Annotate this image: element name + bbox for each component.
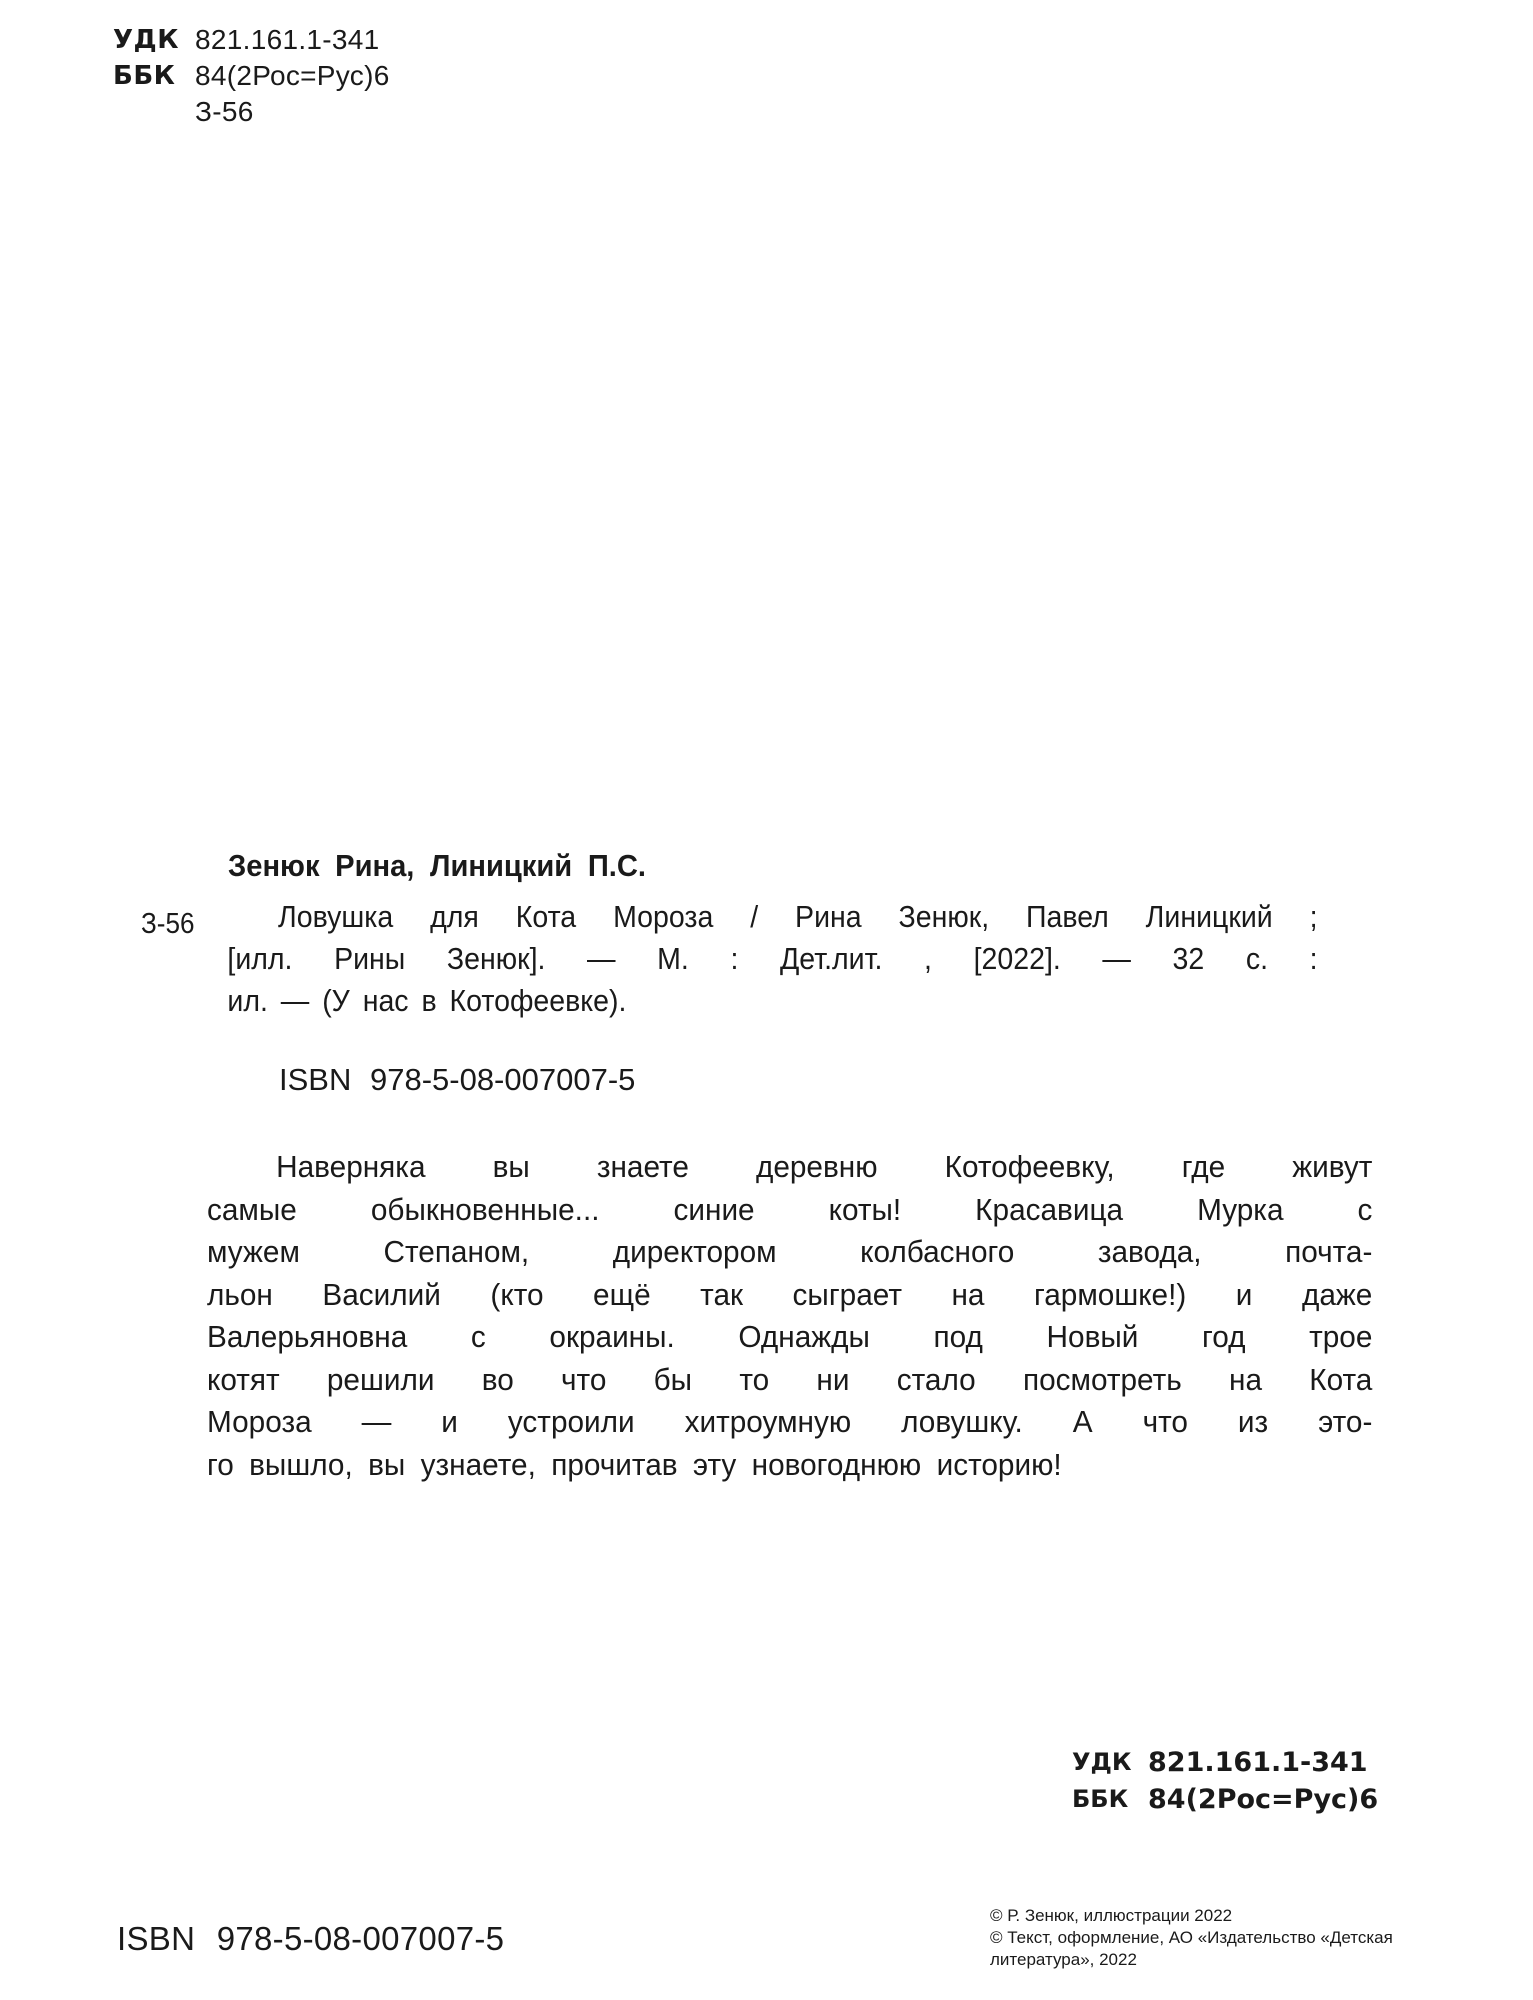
- word: ил.: [227, 980, 268, 1022]
- word: устроили: [508, 1401, 635, 1444]
- word: для: [430, 896, 479, 938]
- word: вы: [493, 1146, 530, 1189]
- word: знаете: [597, 1146, 689, 1189]
- card-author-mark: З-56: [141, 908, 194, 941]
- bibliographic-line: ЛовушкадляКотаМороза/РинаЗенюк,ПавелЛини…: [278, 896, 1318, 938]
- word: Рины: [334, 938, 405, 980]
- word: колбасного: [860, 1231, 1014, 1274]
- word: деревню: [756, 1146, 878, 1189]
- annotation-line: говышло,выузнаете,прочитавэтуновогоднююи…: [207, 1444, 1372, 1487]
- copyright-line-3: литература», 2022: [990, 1949, 1450, 1971]
- bibliographic-line: [илл.РиныЗенюк].—М.:Дет.лит.,[2022].—32с…: [227, 938, 1317, 980]
- annotation-line: самыеобыкновенные...синиекоты!КрасавицаМ…: [207, 1189, 1372, 1232]
- word: под: [934, 1316, 983, 1359]
- word: :: [730, 938, 738, 980]
- word: 32: [1173, 938, 1205, 980]
- word: почта-: [1285, 1231, 1372, 1274]
- word: [илл.: [227, 938, 292, 980]
- word: ;: [1310, 896, 1318, 938]
- word: даже: [1302, 1274, 1372, 1317]
- bottom-bbk-label: ББК: [1072, 1781, 1148, 1818]
- copyright-block: © Р. Зенюк, иллюстрации 2022 © Текст, оф…: [990, 1905, 1450, 1971]
- word: Котофеевку,: [945, 1146, 1115, 1189]
- word: вы: [368, 1444, 405, 1487]
- word: и: [441, 1401, 458, 1444]
- word: живут: [1292, 1146, 1372, 1189]
- annotation-line: котятрешиливочтобытонисталопосмотретьнаК…: [207, 1359, 1372, 1402]
- top-classification-block: УДК 821.161.1-341 ББК 84(2Рос=Рус)6 З-56: [113, 22, 390, 130]
- word: :: [1310, 938, 1318, 980]
- word: (кто: [490, 1274, 543, 1317]
- word: А: [1073, 1401, 1093, 1444]
- word: Мороза: [207, 1401, 312, 1444]
- word: Степаном,: [383, 1231, 529, 1274]
- word: Рина: [795, 896, 862, 938]
- word: решили: [327, 1359, 435, 1402]
- bottom-bbk-row: ББК 84(2Рос=Рус)6: [1072, 1781, 1378, 1818]
- word: вышло,: [249, 1444, 353, 1487]
- word: Мурка: [1197, 1189, 1283, 1232]
- word: посмотреть: [1023, 1359, 1182, 1402]
- word: коты!: [829, 1189, 902, 1232]
- udk-row: УДК 821.161.1-341: [113, 22, 390, 58]
- word: с: [1358, 1189, 1373, 1232]
- word: с.: [1246, 938, 1268, 980]
- bottom-udk-row: УДК 821.161.1-341: [1072, 1744, 1378, 1781]
- bibliographic-line: ил.—(УнасвКотофеевке).: [227, 980, 1317, 1022]
- copyright-line-2: © Текст, оформление, АО «Издательство «Д…: [990, 1927, 1450, 1949]
- word: го: [207, 1444, 234, 1487]
- word: что: [561, 1359, 606, 1402]
- word: синие: [674, 1189, 755, 1232]
- word: во: [482, 1359, 514, 1402]
- word: что: [1143, 1401, 1188, 1444]
- word: (У: [322, 980, 350, 1022]
- card-isbn: ISBN 978-5-08-007007-5: [279, 1062, 635, 1098]
- word: Павел: [1026, 896, 1109, 938]
- word: окраины.: [549, 1316, 674, 1359]
- annotation: НавернякавызнаетедеревнюКотофеевку,гдежи…: [207, 1146, 1325, 1486]
- word: Зенюк].: [447, 938, 546, 980]
- bottom-classification-block: УДК 821.161.1-341 ББК 84(2Рос=Рус)6: [1072, 1744, 1378, 1818]
- word: ещё: [593, 1274, 651, 1317]
- word: так: [700, 1274, 743, 1317]
- word: прочитав: [551, 1444, 677, 1487]
- word: Котофеевке).: [449, 980, 626, 1022]
- word: Дет.лит.: [780, 938, 882, 980]
- word: Кота: [516, 896, 576, 938]
- word: Новый: [1047, 1316, 1139, 1359]
- word: директором: [613, 1231, 777, 1274]
- word: завода,: [1098, 1231, 1202, 1274]
- word: ни: [816, 1359, 849, 1402]
- word: Валерьяновна: [207, 1316, 407, 1359]
- word: льон: [207, 1274, 273, 1317]
- word: трое: [1309, 1316, 1372, 1359]
- word: ловушку.: [901, 1401, 1023, 1444]
- word: Наверняка: [276, 1146, 425, 1189]
- bbk-label: ББК: [113, 58, 195, 94]
- word: —: [281, 980, 310, 1022]
- word: обыкновенные...: [371, 1189, 600, 1232]
- word: самые: [207, 1189, 297, 1232]
- udk-value: 821.161.1-341: [195, 22, 380, 58]
- word: бы: [654, 1359, 692, 1402]
- word: стало: [897, 1359, 976, 1402]
- bottom-udk-label: УДК: [1072, 1744, 1148, 1781]
- word: узнаете,: [421, 1444, 536, 1487]
- word: /: [750, 896, 758, 938]
- word: эту: [693, 1444, 736, 1487]
- author-mark: З-56: [195, 94, 254, 130]
- word: с: [471, 1316, 486, 1359]
- bibliographic-description: ЛовушкадляКотаМороза/РинаЗенюк,ПавелЛини…: [278, 896, 1281, 1022]
- word: то: [739, 1359, 769, 1402]
- word: Красавица: [975, 1189, 1123, 1232]
- word: где: [1182, 1146, 1225, 1189]
- bbk-row: ББК 84(2Рос=Рус)6: [113, 58, 390, 94]
- bottom-udk-value: 821.161.1-341: [1148, 1744, 1368, 1781]
- word: и: [1236, 1274, 1253, 1317]
- bottom-bbk-value: 84(2Рос=Рус)6: [1148, 1781, 1378, 1818]
- annotation-line: Валерьяновнасокраины.ОднаждыподНовыйгодт…: [207, 1316, 1372, 1359]
- word: в: [421, 980, 436, 1022]
- word: мужем: [207, 1231, 300, 1274]
- card-authors: Зенюк Рина, Линицкий П.С.: [228, 848, 646, 884]
- annotation-line: Мороза—иустроилихитроумнуюловушку.Ачтоиз…: [207, 1401, 1372, 1444]
- bbk-value: 84(2Рос=Рус)6: [195, 58, 390, 94]
- word: на: [1229, 1359, 1262, 1402]
- word: Мороза: [613, 896, 713, 938]
- word: котят: [207, 1359, 280, 1402]
- annotation-line: льонВасилий(ктоещётаксыграетнагармошке!)…: [207, 1274, 1372, 1317]
- udk-label: УДК: [113, 22, 195, 58]
- bottom-isbn: ISBN 978-5-08-007007-5: [117, 1920, 504, 1958]
- word: сыграет: [793, 1274, 902, 1317]
- word: Ловушка: [278, 896, 393, 938]
- word: из: [1238, 1401, 1268, 1444]
- copyright-line-1: © Р. Зенюк, иллюстрации 2022: [990, 1905, 1450, 1927]
- word: Зенюк,: [899, 896, 990, 938]
- word: —: [362, 1401, 392, 1444]
- word: Однажды: [738, 1316, 870, 1359]
- annotation-line: мужемСтепаном,директоромколбасногозавода…: [207, 1231, 1372, 1274]
- word: новогоднюю: [752, 1444, 922, 1487]
- word: М.: [657, 938, 689, 980]
- author-mark-row: З-56: [113, 94, 390, 130]
- word: Василий: [322, 1274, 441, 1317]
- word: —: [1102, 938, 1131, 980]
- word: год: [1202, 1316, 1245, 1359]
- word: это-: [1318, 1401, 1372, 1444]
- word: хитроумную: [685, 1401, 852, 1444]
- word: историю!: [937, 1444, 1062, 1487]
- word: ,: [924, 938, 932, 980]
- word: гармошке!): [1034, 1274, 1186, 1317]
- word: —: [587, 938, 616, 980]
- word: нас: [363, 980, 409, 1022]
- word: Линицкий: [1146, 896, 1273, 938]
- word: [2022].: [974, 938, 1061, 980]
- word: на: [951, 1274, 984, 1317]
- word: Кота: [1309, 1359, 1372, 1402]
- annotation-line: НавернякавызнаетедеревнюКотофеевку,гдежи…: [207, 1146, 1372, 1189]
